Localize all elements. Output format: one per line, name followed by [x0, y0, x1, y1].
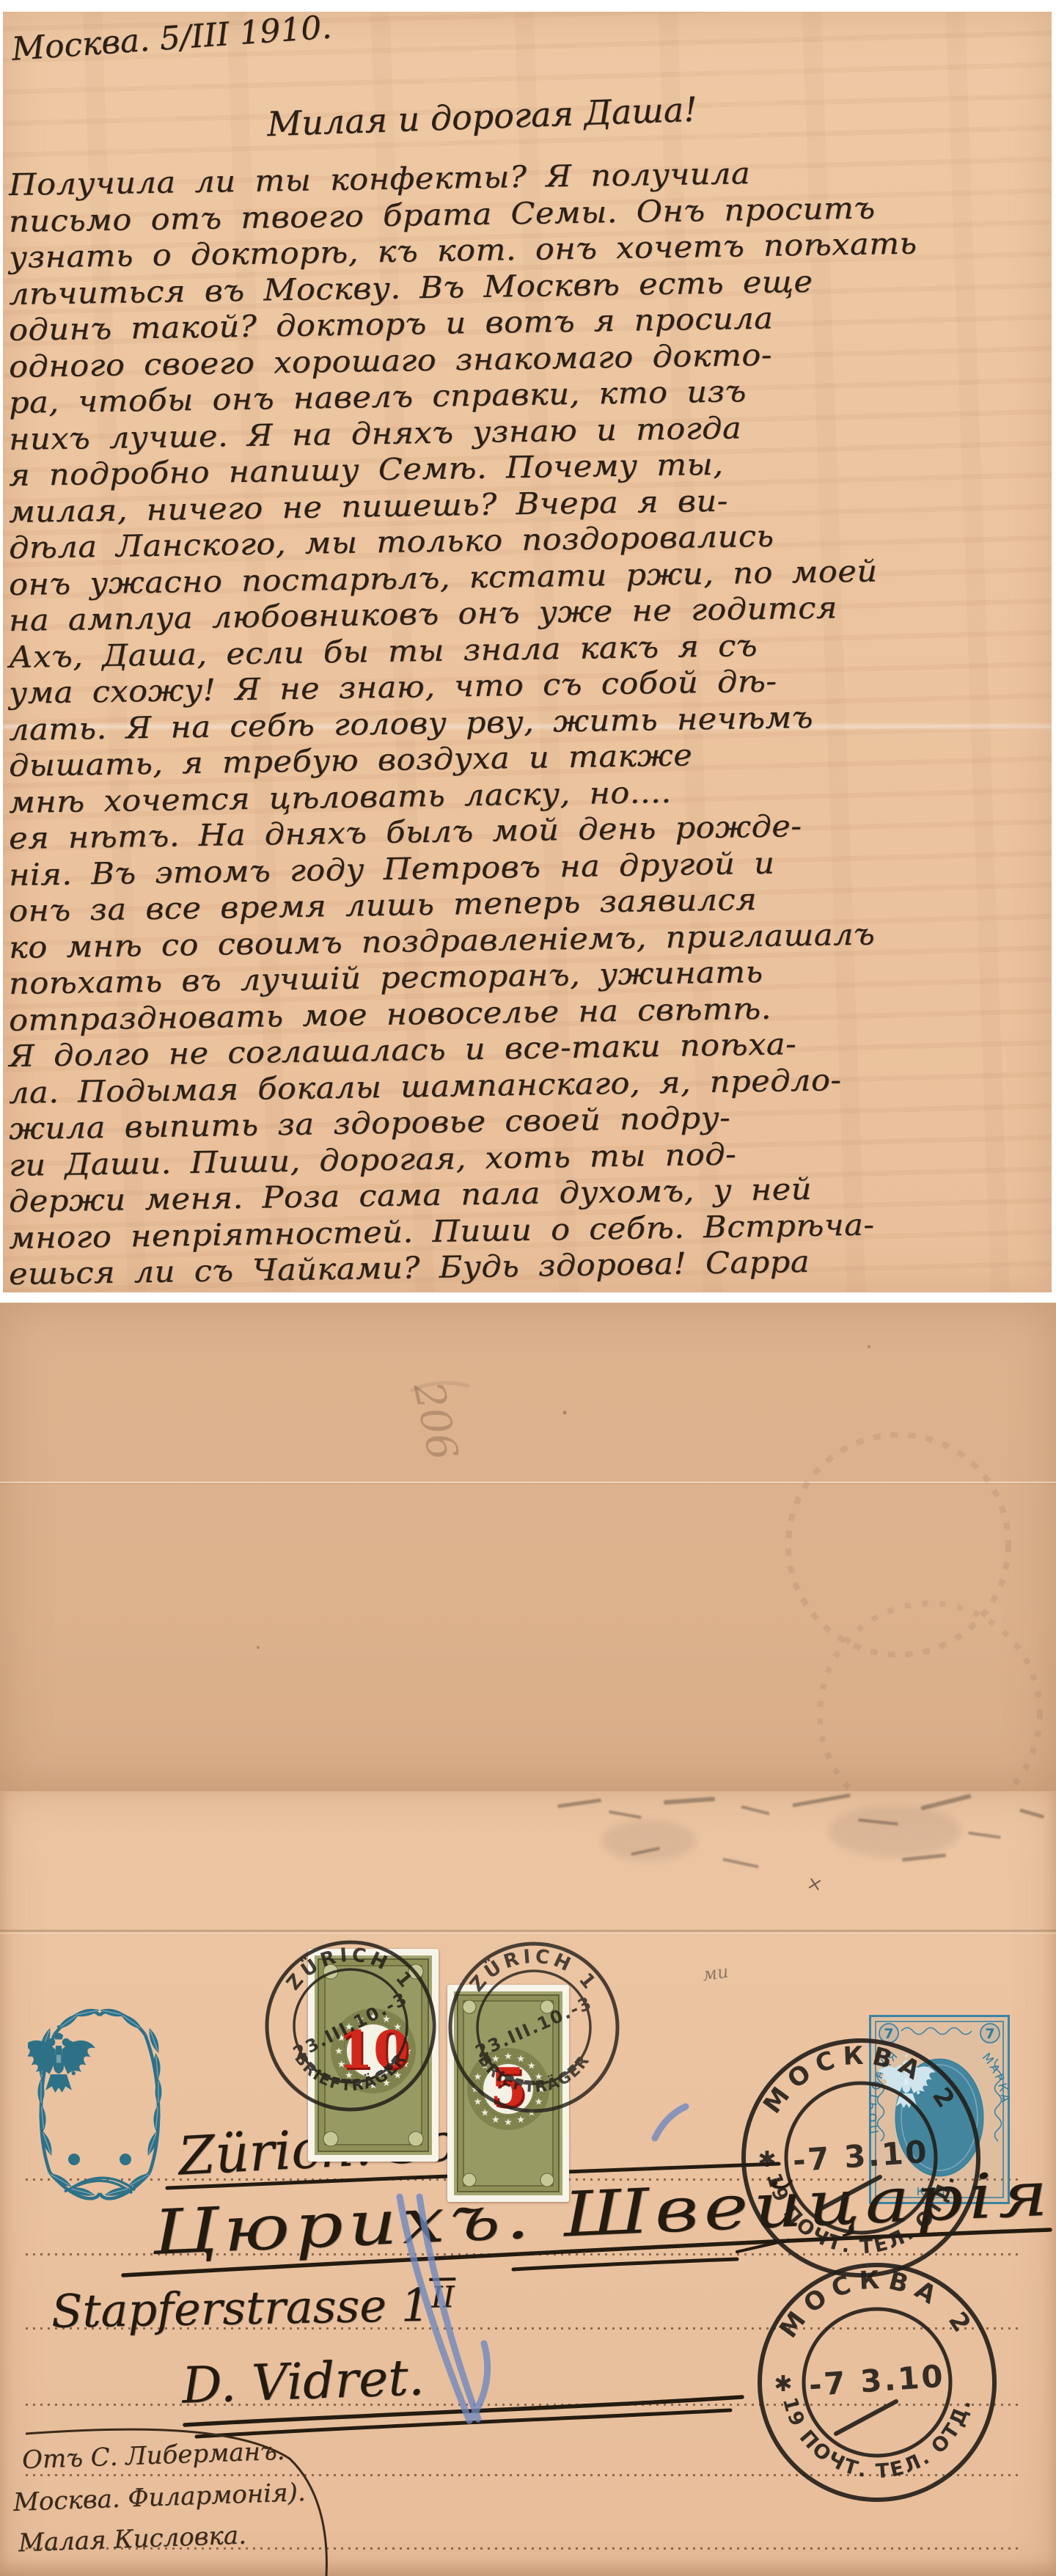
- svg-text:BRIEFTRÄGER: BRIEFTRÄGER: [474, 2052, 593, 2096]
- postmarks-layer: ZÜRICH 1 BRIEFTRÄGER 23.III.10.-3 ZÜRICH…: [0, 1791, 1056, 2576]
- address-side: × мu: [0, 1791, 1056, 2576]
- postcard-scan: Москва. 5/III 1910. Милая и дорогая Даша…: [0, 0, 1056, 2576]
- svg-text:✱: ✱: [758, 2147, 776, 2173]
- letter-side: Москва. 5/III 1910. Милая и дорогая Даша…: [3, 12, 1052, 1292]
- blue-crayon-marking: [400, 2107, 686, 2421]
- svg-text:-7 3.10: -7 3.10: [807, 2358, 946, 2404]
- blank-side: 206: [0, 1303, 1056, 1791]
- moscow-postmark-2: МОСКВА 2 19 ПОЧТ. ТЕЛ. ОТД. ✱ -7 3.10: [760, 2265, 994, 2500]
- svg-text:МОСКВА 2: МОСКВА 2: [774, 2265, 980, 2343]
- svg-text:✱: ✱: [774, 2371, 792, 2397]
- bleedthrough-marks: [0, 1303, 1056, 1791]
- zurich-postmark-2: ZÜRICH 1 BRIEFTRÄGER 23.III.10.-3: [450, 1944, 617, 2111]
- svg-text:-7 3.10: -7 3.10: [791, 2134, 930, 2179]
- moscow-postmark-1: МОСКВА 2 19 ПОЧТ. ТЕЛ. ОТД. ✱ -7 3.10: [744, 2041, 978, 2275]
- svg-text:МОСКВА 2: МОСКВА 2: [758, 2041, 964, 2119]
- svg-text:23.III.10.-3: 23.III.10.-3: [290, 1988, 411, 2064]
- zurich-postmark-1: ZÜRICH 1 BRIEFTRÄGER 23.III.10.-3: [267, 1942, 434, 2110]
- svg-text:23.III.10.-3: 23.III.10.-3: [472, 1992, 595, 2062]
